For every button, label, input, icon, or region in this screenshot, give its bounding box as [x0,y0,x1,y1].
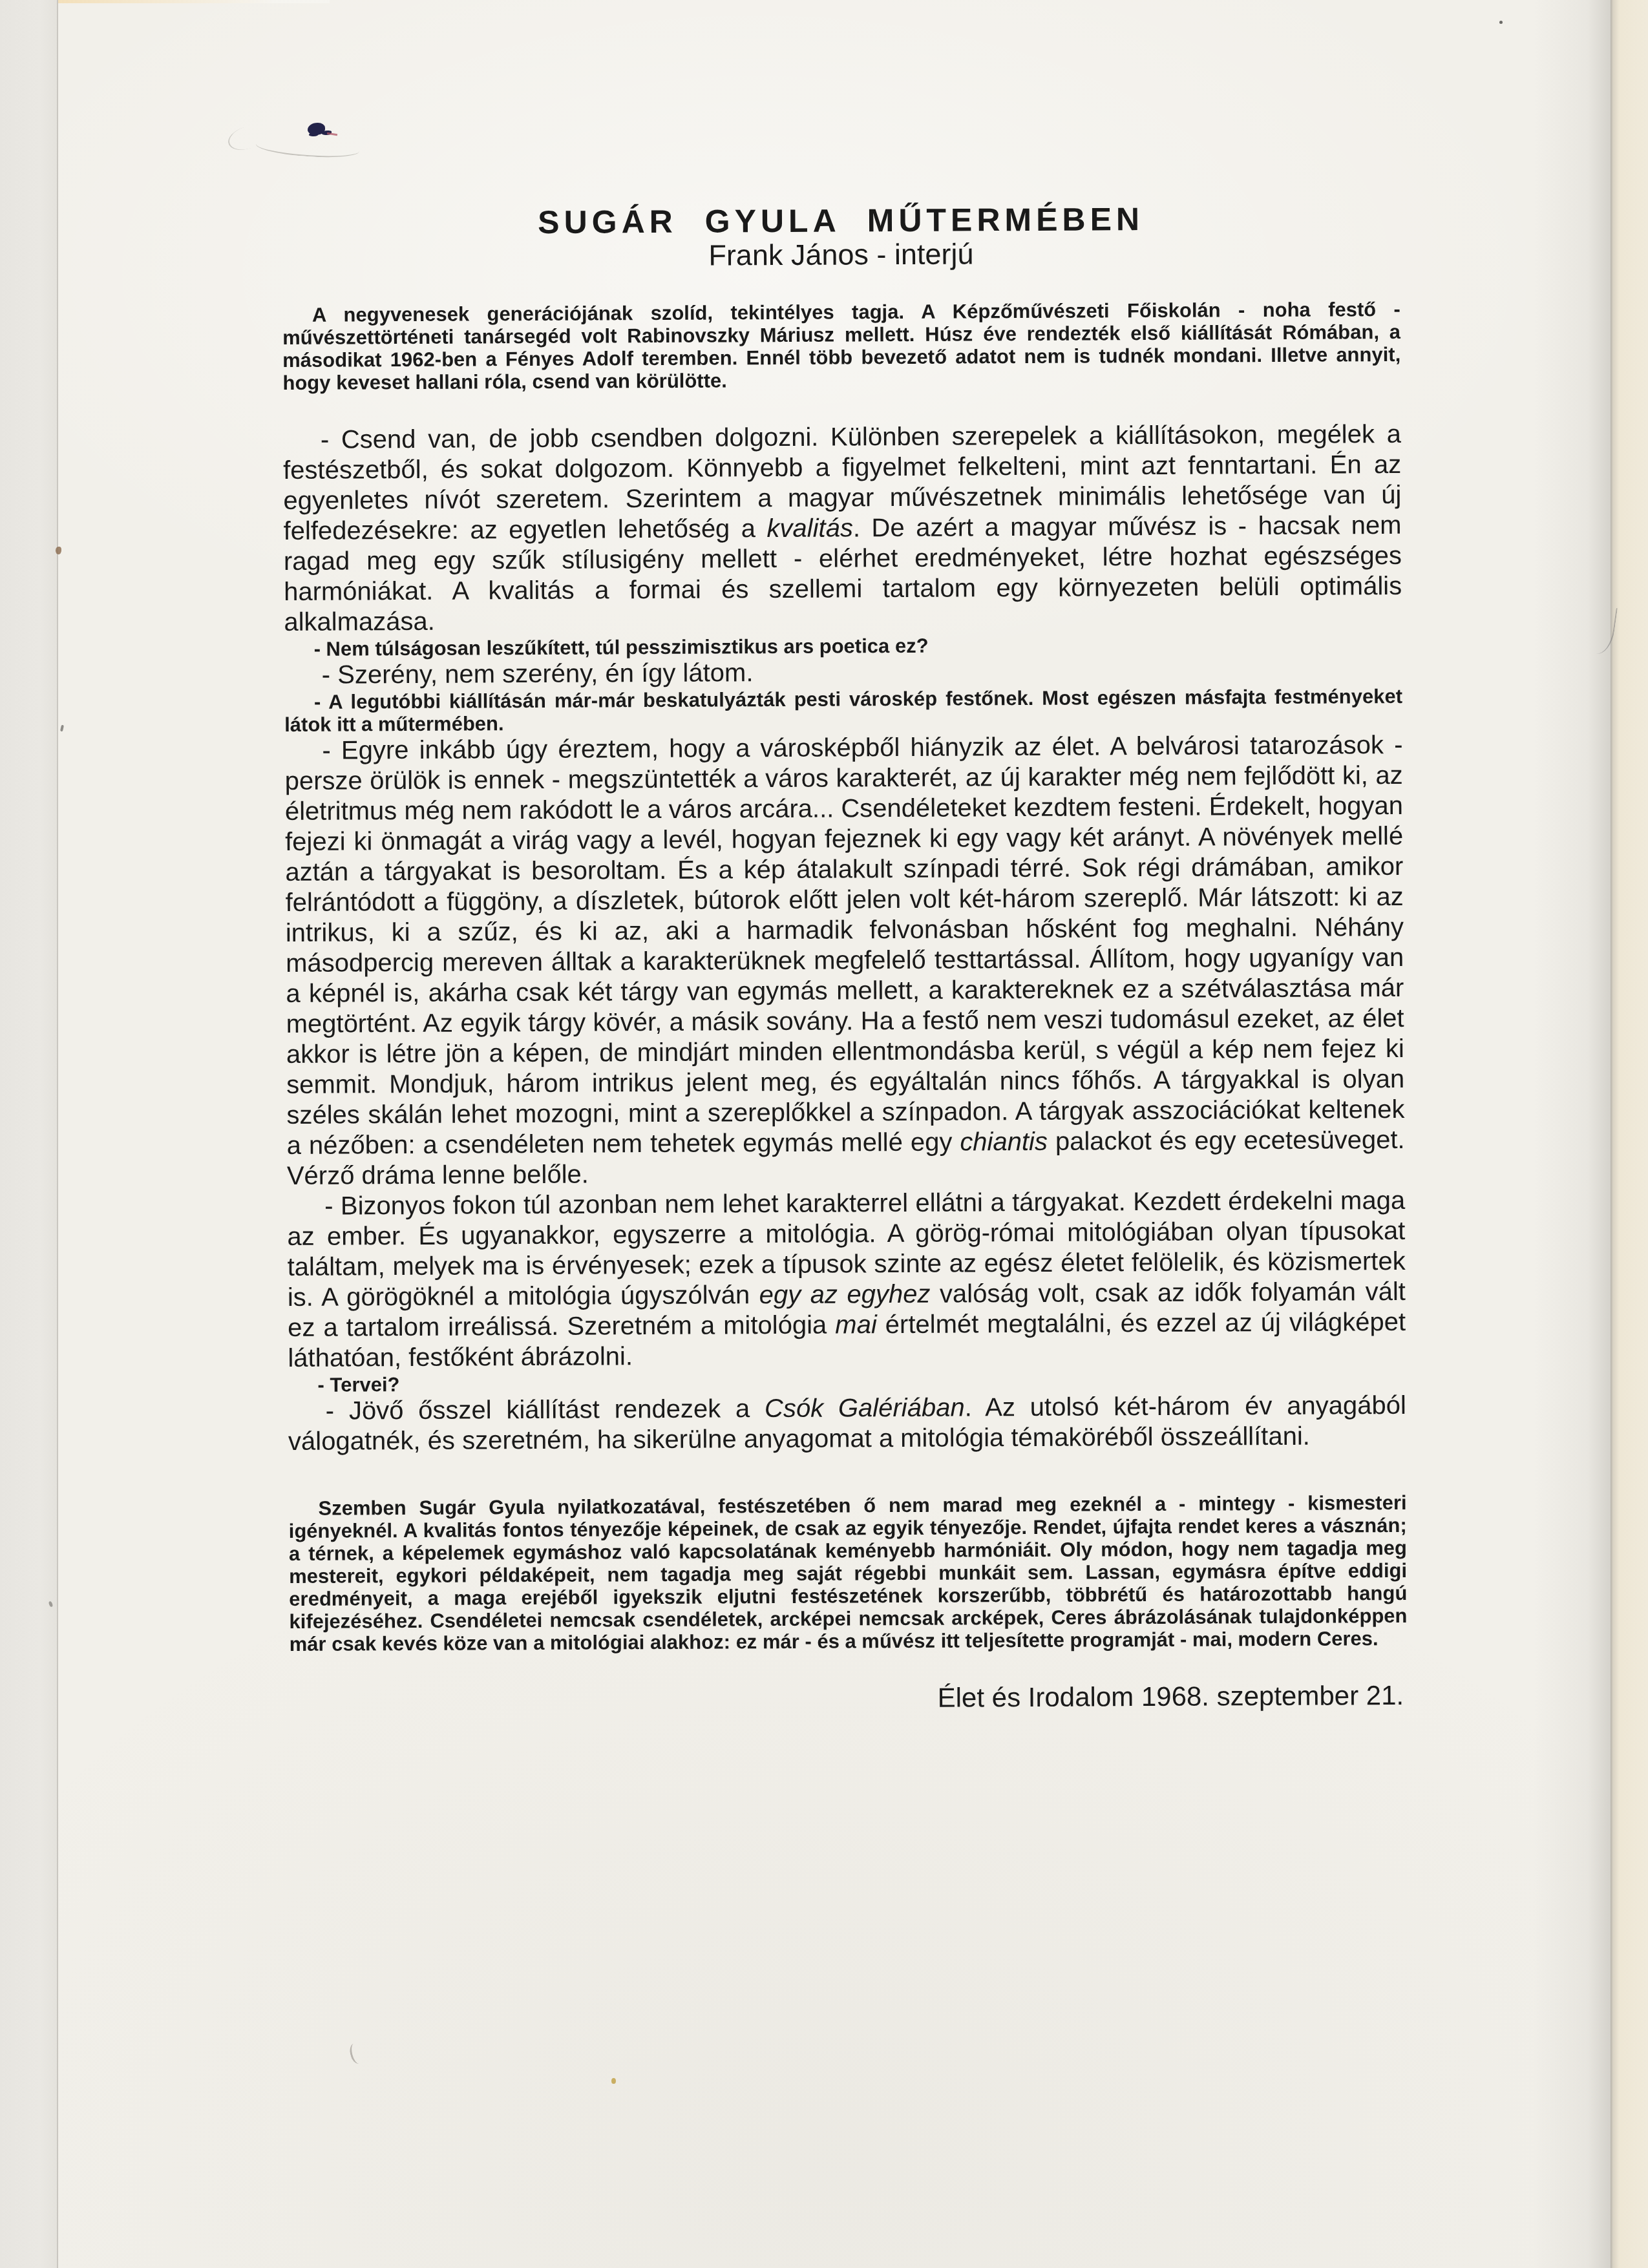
paragraph-answer: - Csend van, de jobb csendben dolgozni. … [283,419,1402,638]
article-title: SUGÁR GYULA MŰTERMÉBEN [282,200,1400,242]
scanned-document-page: { "colors":{ "paper":"#f2f0ea", "left_ma… [0,0,1648,2268]
paragraph-closing: Szemben Sugár Gyula nyilatkozatával, fes… [288,1491,1407,1655]
paragraph-intro: A negyvenesek generációjának szolíd, tek… [282,298,1401,394]
paragraph-answer: - Egyre inkább úgy éreztem, hogy a város… [284,730,1405,1192]
paragraph-answer: - Jövő ősszel kiállítást rendezek a Csók… [288,1391,1406,1457]
scan-left-margin [0,0,58,2268]
paper-speck [611,2078,616,2084]
article-body: A negyvenesek generációjának szolíd, tek… [282,298,1408,1655]
ink-blot [308,123,325,135]
publication-citation: Élet és Irodalom 1968. szeptember 21. [290,1681,1408,1716]
page-curl-shadow [1533,0,1611,2268]
article: SUGÁR GYULA MŰTERMÉBEN Frank János - int… [282,200,1408,1716]
paper-speck [1499,21,1503,24]
paragraph-answer: - Bizonyos fokon túl azonban nem lehet k… [287,1186,1406,1374]
scan-top-edge [58,0,330,3]
page-edge-right [1611,0,1648,2268]
paragraph-question: - A legutóbbi kiállításán már-már beskat… [284,685,1402,736]
article-subtitle: Frank János - interjú [282,236,1400,274]
